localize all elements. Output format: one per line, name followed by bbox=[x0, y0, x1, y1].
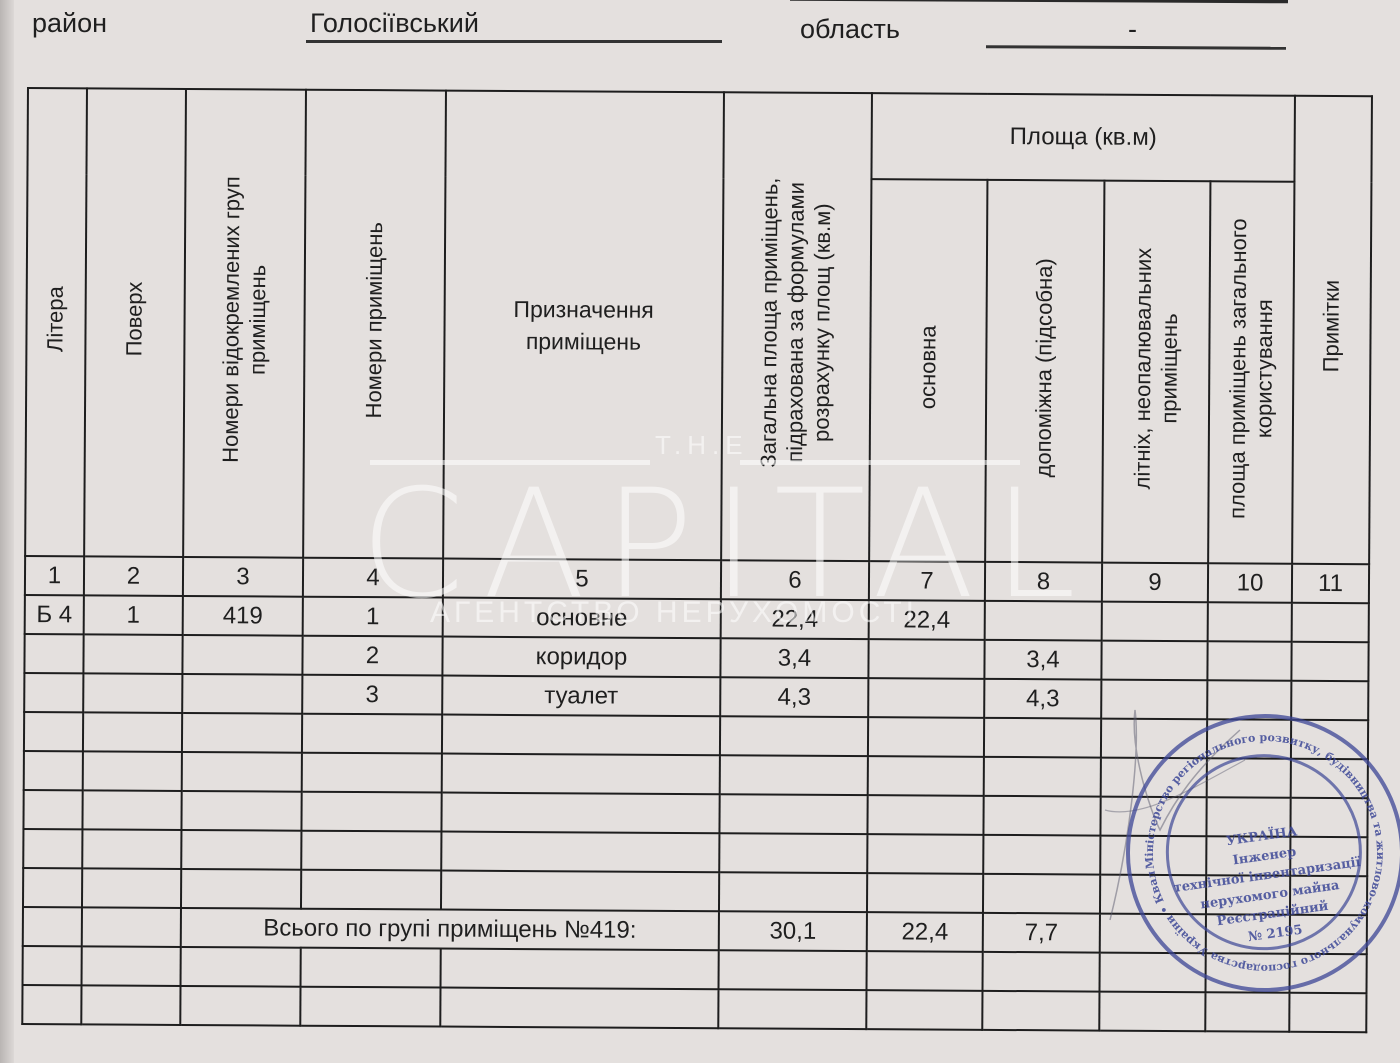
table-cell bbox=[1291, 720, 1368, 759]
table-cell: 22,4 bbox=[721, 599, 869, 639]
column-number: 8 bbox=[985, 562, 1102, 602]
table-cell bbox=[23, 907, 82, 946]
table-cell bbox=[718, 989, 866, 1029]
column-number: 6 bbox=[721, 560, 869, 600]
table-cell bbox=[1205, 953, 1289, 993]
region-underline bbox=[986, 45, 1286, 50]
table-cell bbox=[182, 674, 302, 714]
table-cell bbox=[1207, 758, 1291, 798]
table-cell bbox=[441, 832, 719, 873]
table-cell bbox=[81, 985, 180, 1025]
table-cell bbox=[180, 986, 300, 1026]
column-number: 3 bbox=[183, 557, 303, 597]
table-cell bbox=[440, 988, 718, 1029]
col-header-room-numbers: Номери приміщень bbox=[303, 90, 446, 559]
table-cell bbox=[1291, 681, 1368, 720]
table-cell bbox=[300, 987, 440, 1027]
total-area-value: 30,1 bbox=[719, 911, 867, 951]
table-cell bbox=[982, 952, 1099, 992]
table-cell bbox=[1100, 875, 1206, 915]
table-cell bbox=[83, 673, 182, 713]
column-number: 5 bbox=[443, 559, 721, 600]
table-cell: 1 bbox=[303, 597, 443, 637]
table-cell bbox=[868, 639, 984, 679]
table-cell bbox=[868, 717, 984, 757]
table-cell bbox=[82, 829, 181, 869]
column-number: 4 bbox=[303, 558, 443, 598]
table-cell: коридор bbox=[442, 637, 720, 678]
table-cell bbox=[719, 794, 867, 834]
table-cell bbox=[302, 753, 442, 793]
group-header-area: Площа (кв.м) bbox=[871, 93, 1295, 182]
col-header-floor: Поверх bbox=[84, 88, 186, 557]
table-cell bbox=[984, 757, 1101, 797]
table-cell bbox=[982, 991, 1099, 1031]
table-cell bbox=[22, 985, 81, 1024]
table-cell bbox=[1099, 953, 1205, 993]
table-cell bbox=[24, 712, 83, 751]
table-cell bbox=[1290, 876, 1367, 915]
table-cell bbox=[1100, 836, 1206, 876]
col-header-purpose: Призначення приміщень bbox=[443, 91, 724, 561]
table-cell bbox=[301, 792, 441, 832]
total-aux-area-value: 7,7 bbox=[983, 913, 1100, 953]
region-value: - bbox=[1128, 14, 1137, 45]
table-cell bbox=[1290, 837, 1367, 876]
total-label: Всього по групі приміщень №419: bbox=[181, 908, 719, 950]
table-cell bbox=[983, 796, 1100, 836]
table-cell bbox=[866, 951, 982, 991]
table-cell bbox=[1206, 797, 1290, 837]
table-cell bbox=[1290, 798, 1367, 837]
table-cell bbox=[985, 601, 1102, 641]
table-cell: 4,3 bbox=[984, 679, 1101, 719]
top-rule-line bbox=[790, 0, 1288, 3]
table-cell: основне bbox=[443, 598, 721, 639]
table-cell bbox=[866, 990, 982, 1030]
table-cell: туалет bbox=[442, 676, 720, 717]
table-cell bbox=[181, 947, 301, 987]
table-cell bbox=[868, 756, 984, 796]
table-cell bbox=[441, 949, 719, 990]
table-cell bbox=[82, 907, 181, 947]
table-cell bbox=[1099, 992, 1205, 1032]
table-cell bbox=[1102, 602, 1208, 642]
table-cell bbox=[720, 716, 868, 756]
district-label: район bbox=[32, 8, 107, 39]
col-header-main: основна bbox=[869, 179, 987, 562]
table-cell bbox=[301, 831, 441, 871]
district-underline bbox=[306, 40, 722, 43]
table-cell: 3,4 bbox=[720, 638, 868, 678]
table-cell bbox=[82, 868, 181, 908]
table-cell bbox=[442, 715, 720, 756]
table-cell bbox=[301, 948, 441, 988]
table-cell bbox=[1291, 642, 1368, 681]
table-cell bbox=[1100, 797, 1206, 837]
table-cell bbox=[867, 834, 983, 874]
table-cell: Б 4 bbox=[25, 595, 84, 634]
table-cell bbox=[1207, 719, 1291, 759]
table-cell bbox=[1205, 992, 1289, 1032]
table-cell bbox=[82, 790, 181, 830]
table-cell bbox=[182, 752, 302, 792]
table-cell bbox=[719, 950, 867, 990]
table-cell bbox=[1206, 875, 1290, 915]
area-explication-table: Літера Поверх Номери відокремлених груп … bbox=[21, 87, 1371, 1025]
table-cell bbox=[83, 751, 182, 791]
region-label: область bbox=[800, 14, 900, 45]
table-cell: 2 bbox=[302, 636, 442, 676]
table-cell bbox=[719, 833, 867, 873]
total-main-area-value: 22,4 bbox=[867, 912, 983, 952]
table-cell bbox=[983, 874, 1100, 914]
table-cell: 3,4 bbox=[984, 640, 1101, 680]
col-header-summer-unheated: літніх, неопалювальних приміщень bbox=[1102, 181, 1210, 564]
column-number: 2 bbox=[84, 556, 183, 596]
table-cell bbox=[1100, 914, 1206, 954]
table-cell bbox=[1289, 993, 1366, 1032]
table-cell: 4,3 bbox=[720, 677, 868, 717]
table-cell bbox=[868, 678, 984, 718]
table-cell bbox=[23, 868, 82, 907]
table-cell bbox=[23, 946, 82, 985]
column-number: 10 bbox=[1208, 563, 1292, 603]
table-cell bbox=[182, 713, 302, 753]
table-cell bbox=[1208, 602, 1292, 642]
table-cell bbox=[181, 869, 301, 909]
table-cell bbox=[82, 946, 181, 986]
table-cell bbox=[23, 790, 82, 829]
table-cell bbox=[720, 755, 868, 795]
table-cell: 3 bbox=[302, 675, 442, 715]
table-cell bbox=[1101, 641, 1207, 681]
table-cell bbox=[867, 873, 983, 913]
col-header-group-numbers: Номери відокремлених груп приміщень bbox=[183, 89, 306, 558]
table-cell bbox=[441, 793, 719, 834]
table-cell bbox=[1290, 954, 1367, 993]
col-header-litera: Літера bbox=[25, 88, 87, 556]
table-cell bbox=[1101, 680, 1207, 720]
table-cell bbox=[24, 751, 83, 790]
table-cell bbox=[301, 870, 441, 910]
table-cell bbox=[1101, 719, 1207, 759]
col-header-auxiliary: допоміжна (підсобна) bbox=[985, 180, 1104, 563]
table-cell bbox=[442, 754, 720, 795]
table-cell bbox=[719, 872, 867, 912]
table-cell: 419 bbox=[183, 596, 303, 636]
col-header-notes: Примітки bbox=[1292, 96, 1372, 564]
column-number: 7 bbox=[869, 561, 985, 601]
col-header-common-use: площа приміщень загального користування bbox=[1208, 181, 1294, 564]
table-cell bbox=[1207, 641, 1291, 681]
col-header-total-area: Загальна площа приміщень, підрахована за… bbox=[721, 92, 872, 561]
table-cell bbox=[181, 791, 301, 831]
table-cell bbox=[1207, 680, 1291, 720]
table-cell bbox=[1290, 915, 1367, 954]
column-number: 9 bbox=[1102, 563, 1208, 603]
table-cell bbox=[24, 634, 83, 673]
table-cell bbox=[984, 718, 1101, 758]
table-cell bbox=[23, 829, 82, 868]
table-cell bbox=[983, 835, 1100, 875]
table-cell bbox=[181, 830, 301, 870]
table-cell bbox=[83, 634, 182, 674]
table-cell bbox=[1206, 914, 1290, 954]
table-cell: 22,4 bbox=[869, 600, 985, 640]
table-cell bbox=[441, 871, 719, 912]
table-cell bbox=[1292, 603, 1369, 642]
table-cell bbox=[182, 635, 302, 675]
table-cell bbox=[1291, 759, 1368, 798]
table-cell: 1 bbox=[84, 595, 183, 635]
table-cell bbox=[24, 673, 83, 712]
district-value: Голосіївський bbox=[310, 8, 479, 39]
column-number: 1 bbox=[25, 556, 84, 595]
table-row bbox=[22, 985, 1366, 1032]
page-edge-shadow bbox=[0, 0, 14, 1063]
table-cell bbox=[1206, 836, 1290, 876]
column-number: 11 bbox=[1292, 564, 1369, 603]
table-cell bbox=[83, 712, 182, 752]
table-cell bbox=[302, 714, 442, 754]
table-cell bbox=[1101, 758, 1207, 798]
table-cell bbox=[867, 795, 983, 835]
